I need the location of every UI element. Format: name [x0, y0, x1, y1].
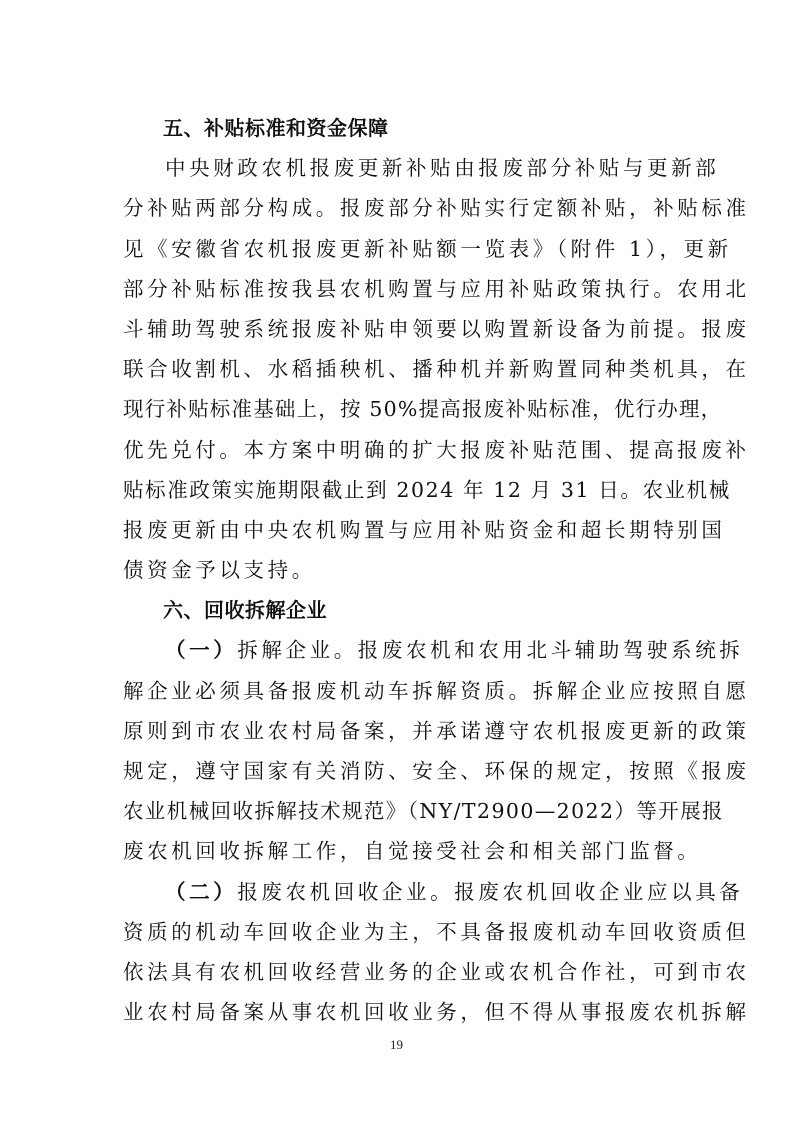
paragraph-line: 报废更新由中央农机购置与应用补贴资金和超长期特别国 — [123, 510, 675, 550]
sub-item-label: （一） — [165, 638, 237, 662]
section-5-body: 中央财政农机报废更新补贴由报废部分补贴与更新部 分补贴两部分构成。报废部分补贴实… — [123, 148, 675, 590]
paragraph-line: 解企业必须具备报废机动车拆解资质。拆解企业应按照自愿 — [123, 671, 675, 711]
section-6-sub-1: （一）拆解企业。报废农机和农用北斗辅助驾驶系统拆 解企业必须具备报废机动车拆解资… — [123, 630, 675, 871]
paragraph-line: 现行补贴标准基础上，按 50%提高报废补贴标准，优行办理， — [123, 389, 675, 429]
paragraph-line: 依法具有农机回收经营业务的企业或农机合作社，可到市农 — [123, 952, 675, 992]
paragraph-line: 资质的机动车回收企业为主，不具备报废机动车回收资质但 — [123, 912, 675, 952]
section-6-heading: 六、回收拆解企业 — [123, 590, 675, 630]
paragraph-line: 部分补贴标准按我县农机购置与应用补贴政策执行。农用北 — [123, 269, 675, 309]
paragraph-line: 优先兑付。本方案中明确的扩大报废补贴范围、提高报废补 — [123, 430, 675, 470]
paragraph-line: 分补贴两部分构成。报废部分补贴实行定额补贴，补贴标准 — [123, 188, 675, 228]
paragraph-line: （一）拆解企业。报废农机和农用北斗辅助驾驶系统拆 — [123, 630, 675, 670]
paragraph-line: 废农机回收拆解工作，自觉接受社会和相关部门监督。 — [123, 831, 675, 871]
paragraph-line: 规定，遵守国家有关消防、安全、环保的规定，按照《报废 — [123, 751, 675, 791]
sub-item-label: （二） — [165, 880, 237, 904]
page-number: 19 — [0, 1037, 793, 1053]
paragraph-line: 联合收割机、水稻插秧机、播种机并新购置同种类机具，在 — [123, 349, 675, 389]
paragraph-line: 中央财政农机报废更新补贴由报废部分补贴与更新部 — [123, 148, 675, 188]
sub-item-text: 报废农机回收企业。报废农机回收企业应以具备 — [237, 880, 743, 904]
paragraph-line: 业农村局备案从事农机回收业务，但不得从事报废农机拆解 — [123, 992, 675, 1032]
paragraph-line: 斗辅助驾驶系统报废补贴申领要以购置新设备为前提。报废 — [123, 309, 675, 349]
section-5-heading: 五、补贴标准和资金保障 — [123, 108, 675, 148]
section-6-sub-2: （二）报废农机回收企业。报废农机回收企业应以具备 资质的机动车回收企业为主，不具… — [123, 872, 675, 1033]
paragraph-line: 见《安徽省农机报废更新补贴额一览表》（附件 1），更新 — [123, 229, 675, 269]
sub-item-text: 拆解企业。报废农机和农用北斗辅助驾驶系统拆 — [237, 638, 743, 662]
paragraph-line: 农业机械回收拆解技术规范》（NY/T2900—2022）等开展报 — [123, 791, 675, 831]
document-page: 五、补贴标准和资金保障 中央财政农机报废更新补贴由报废部分补贴与更新部 分补贴两… — [123, 108, 675, 1032]
paragraph-line: 原则到市农业农村局备案，并承诺遵守农机报废更新的政策 — [123, 711, 675, 751]
paragraph-line: 贴标准政策实施期限截止到 2024 年 12 月 31 日。农业机械 — [123, 470, 675, 510]
paragraph-line: 债资金予以支持。 — [123, 550, 675, 590]
paragraph-line: （二）报废农机回收企业。报废农机回收企业应以具备 — [123, 872, 675, 912]
